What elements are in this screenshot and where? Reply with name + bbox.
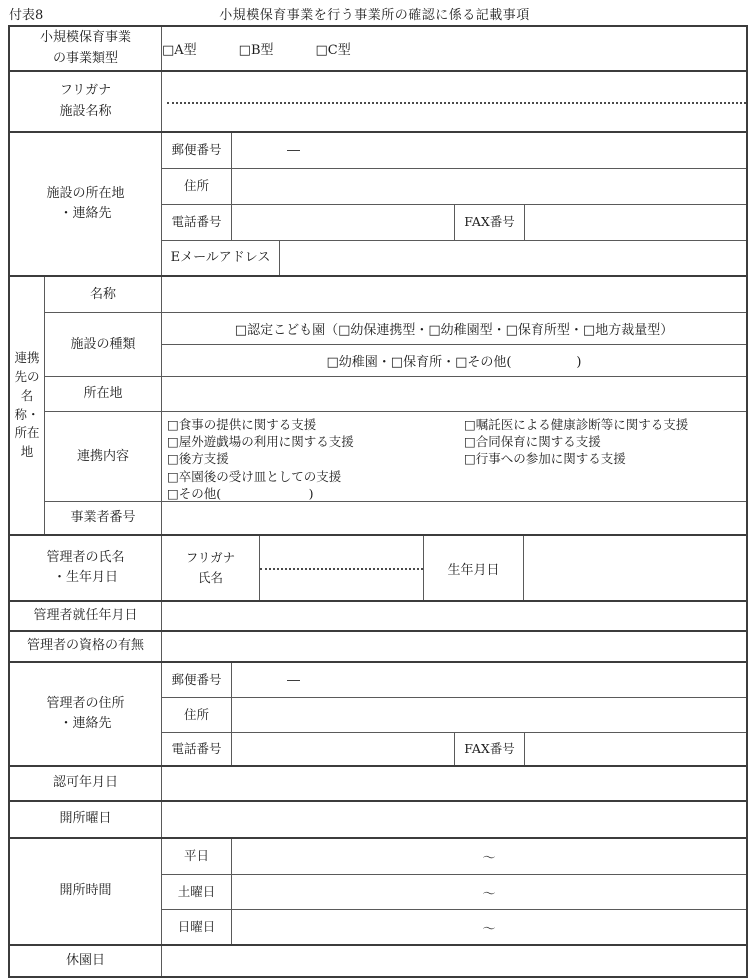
partner-location-label: 所在地 (45, 377, 162, 411)
manager-contact-label: 管理者の住所 ・連絡先 (10, 663, 162, 765)
row-manager-phone: 電話番号 FAX番号 (162, 732, 746, 765)
row-approval-date: 認可年月日 (10, 765, 746, 800)
manager-name-label: 管理者の氏名 ・生年月日 (10, 536, 162, 600)
facility-phone-label: 電話番号 (162, 205, 232, 240)
row-manager-address: 住所 (162, 697, 746, 732)
facility-postal-input-cell[interactable]: ― (232, 133, 746, 168)
page-title: 小規模保育事業を行う事業所の確認に係る記載事項 (0, 4, 749, 23)
furigana-rule-line (167, 102, 746, 104)
row-manager-postal: 郵便番号 ― (162, 663, 746, 697)
facility-name-input-cell[interactable] (162, 72, 746, 131)
manager-furigana-rule-line (260, 568, 423, 570)
checkbox-meal-support[interactable]: □食事の提供に関する支援 (167, 416, 464, 433)
closed-days-input-cell[interactable] (162, 946, 746, 976)
hours-saturday-input-cell[interactable]: ～ (232, 875, 746, 909)
checkbox-joint-childcare-support[interactable]: □合同保育に関する支援 (464, 433, 746, 450)
row-partner-content: 連携内容 □食事の提供に関する支援 □屋外遊戯場の利用に関する支援 □後方支援 … (45, 411, 746, 501)
approval-date-label: 認可年月日 (10, 767, 162, 800)
checkbox-event-support[interactable]: □行事への参加に関する支援 (464, 450, 746, 467)
row-partner-name: 名称 (45, 277, 746, 312)
facility-name-label: フリガナ 施設名称 (10, 72, 162, 131)
manager-birth-label: 生年月日 (424, 536, 524, 600)
row-facility-name: フリガナ 施設名称 (10, 70, 746, 131)
row-facility-phone: 電話番号 FAX番号 (162, 204, 746, 240)
row-manager-qualification: 管理者の資格の有無 (10, 630, 746, 661)
facility-fax-label: FAX番号 (454, 205, 525, 240)
row-closed-days: 休園日 (10, 944, 746, 976)
checkbox-type-c[interactable]: □C型 (316, 39, 351, 58)
row-hours-saturday: 土曜日 ～ (162, 874, 746, 909)
hours-weekday-input-cell[interactable]: ～ (232, 839, 746, 874)
postal-dash: ― (287, 673, 300, 688)
partner-kind-label: 施設の種類 (45, 313, 162, 376)
section-manager-contact: 管理者の住所 ・連絡先 郵便番号 ― 住所 電話番号 FAX番号 (10, 661, 746, 765)
hours-sunday-input-cell[interactable]: ～ (232, 910, 746, 944)
partner-content-label: 連携内容 (45, 412, 162, 501)
partner-name-input-cell[interactable] (162, 277, 746, 312)
row-partner-kind: 施設の種類 □認定こども園（□幼保連携型・□幼稚園型・□保育所型・□地方裁量型）… (45, 312, 746, 376)
closed-days-label: 休園日 (10, 946, 162, 976)
manager-appointed-input-cell[interactable] (162, 602, 746, 630)
section-open-hours: 開所時間 平日 ～ 土曜日 ～ 日曜日 ～ (10, 837, 746, 944)
checkbox-backup-support[interactable]: □後方支援 (167, 450, 464, 467)
row-facility-email: Eメールアドレス (162, 240, 746, 275)
facility-address-input-cell[interactable] (232, 169, 746, 204)
facility-email-input-cell[interactable] (280, 241, 746, 275)
facility-fax-input-cell[interactable] (525, 205, 746, 240)
facility-address-label: 住所 (162, 169, 232, 204)
manager-fax-input-cell[interactable] (525, 733, 746, 765)
manager-birth-input-cell[interactable] (524, 536, 746, 600)
checkbox-type-a[interactable]: □A型 (162, 39, 197, 58)
partner-content-options: □食事の提供に関する支援 □屋外遊戯場の利用に関する支援 □後方支援 □卒園後の… (162, 412, 746, 501)
open-days-input-cell[interactable] (162, 802, 746, 837)
form-table: 小規模保育事業 の事業類型 □A型 □B型 □C型 フリガナ 施設名称 施設の所… (8, 25, 748, 978)
partner-section-label: 連携 先の 名 称・ 所在 地 (10, 277, 45, 534)
facility-contact-label: 施設の所在地 ・連絡先 (10, 133, 162, 275)
partner-kind-options-2[interactable]: □幼稚園・□保育所・□その他( ) (162, 344, 746, 376)
form-page: 付表8 小規模保育事業を行う事業所の確認に係る記載事項 小規模保育事業 の事業類… (0, 0, 749, 979)
business-type-label: 小規模保育事業 の事業類型 (10, 27, 162, 70)
row-manager-name: 管理者の氏名 ・生年月日 フリガナ 氏名 生年月日 (10, 534, 746, 600)
checkbox-type-b[interactable]: □B型 (239, 39, 274, 58)
row-facility-address: 住所 (162, 168, 746, 204)
manager-postal-input-cell[interactable]: ― (232, 663, 746, 697)
manager-address-input-cell[interactable] (232, 698, 746, 732)
hours-saturday-label: 土曜日 (162, 875, 232, 909)
manager-address-label: 住所 (162, 698, 232, 732)
manager-appointed-label: 管理者就任年月日 (10, 602, 162, 630)
partner-provider-number-label: 事業者番号 (45, 502, 162, 534)
facility-postal-label: 郵便番号 (162, 133, 232, 168)
row-hours-sunday: 日曜日 ～ (162, 909, 746, 944)
checkbox-graduation-support[interactable]: □卒園後の受け皿としての支援 (167, 468, 464, 485)
manager-fax-label: FAX番号 (454, 733, 525, 765)
manager-phone-input-cell[interactable] (232, 733, 454, 765)
manager-furigana-label: フリガナ 氏名 (162, 536, 260, 600)
partner-location-input-cell[interactable] (162, 377, 746, 411)
section-partner: 連携 先の 名 称・ 所在 地 名称 施設の種類 □認定こども園（□幼保連携型・… (10, 275, 746, 534)
row-hours-weekday: 平日 ～ (162, 839, 746, 874)
checkbox-playground-support[interactable]: □屋外遊戯場の利用に関する支援 (167, 433, 464, 450)
row-partner-provider-number: 事業者番号 (45, 501, 746, 534)
manager-name-input-cell[interactable] (260, 536, 424, 600)
partner-name-label: 名称 (45, 277, 162, 312)
partner-provider-number-input-cell[interactable] (162, 502, 746, 534)
row-manager-appointed: 管理者就任年月日 (10, 600, 746, 630)
open-hours-label: 開所時間 (10, 839, 162, 944)
checkbox-other-support[interactable]: □その他( ) (167, 485, 464, 501)
facility-email-label: Eメールアドレス (162, 241, 280, 275)
manager-postal-label: 郵便番号 (162, 663, 232, 697)
hours-weekday-label: 平日 (162, 839, 232, 874)
manager-qualification-label: 管理者の資格の有無 (10, 632, 162, 661)
row-facility-postal: 郵便番号 ― (162, 133, 746, 168)
hours-sunday-label: 日曜日 (162, 910, 232, 944)
postal-dash: ― (287, 143, 300, 158)
row-partner-location: 所在地 (45, 376, 746, 411)
checkbox-doctor-support[interactable]: □嘱託医による健康診断等に関する支援 (464, 416, 746, 433)
row-business-type: 小規模保育事業 の事業類型 □A型 □B型 □C型 (10, 27, 746, 70)
facility-phone-input-cell[interactable] (232, 205, 454, 240)
row-open-days: 開所曜日 (10, 800, 746, 837)
section-facility-contact: 施設の所在地 ・連絡先 郵便番号 ― 住所 電話番号 FAX番号 (10, 131, 746, 275)
open-days-label: 開所曜日 (10, 802, 162, 837)
approval-date-input-cell[interactable] (162, 767, 746, 800)
manager-qualification-input-cell[interactable] (162, 632, 746, 661)
business-type-options: □A型 □B型 □C型 (162, 27, 351, 70)
manager-phone-label: 電話番号 (162, 733, 232, 765)
partner-kind-options-1[interactable]: □認定こども園（□幼保連携型・□幼稚園型・□保育所型・□地方裁量型） (162, 313, 746, 344)
